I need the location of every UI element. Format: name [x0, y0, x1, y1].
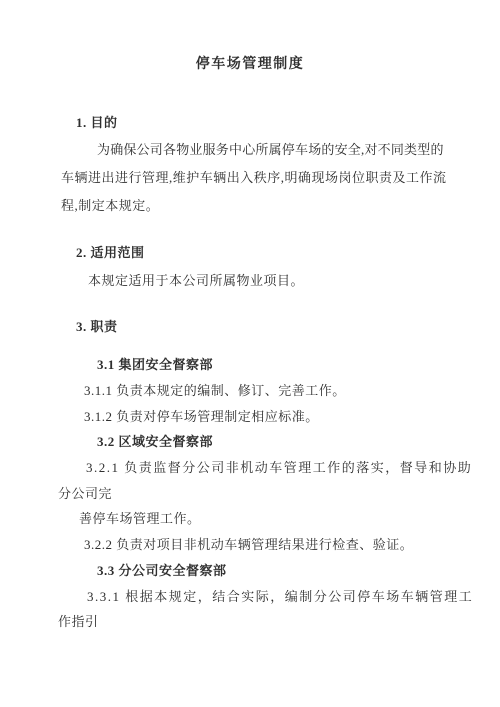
item-3-3-1-line: 3.3.1 根据本规定，结合实际，编制分公司停车场车辆管理工 — [87, 588, 473, 605]
item-3-2-1-line: 善停车场管理工作。 — [79, 510, 201, 527]
subsection-3-3-heading: 3.3 分公司安全督察部 — [97, 562, 227, 579]
document-title: 停车场管理制度 — [0, 56, 500, 73]
subsection-3-2-heading: 3.2 区域安全督察部 — [97, 433, 213, 450]
item-3-2-2: 3.2.2 负责对项目非机动车辆管理结果进行检查、验证。 — [84, 536, 413, 553]
item-3-1-2: 3.1.2 负责对停车场管理制定相应标准。 — [84, 408, 319, 425]
section-1-paragraph-line: 车辆进出进行管理,维护车辆出入秩序,明确现场岗位职责及工作流 — [61, 169, 447, 186]
item-3-1-1: 3.1.1 负责本规定的编制、修订、完善工作。 — [84, 382, 346, 399]
item-3-2-1-line: 分公司完 — [58, 485, 112, 502]
section-2-paragraph-line: 本规定适用于本公司所属物业项目。 — [88, 272, 304, 289]
item-3-3-1-line: 作指引 — [58, 613, 99, 630]
section-1-heading: 1. 目的 — [76, 114, 118, 131]
section-2-heading: 2. 适用范围 — [76, 244, 145, 261]
section-1-paragraph-line: 程,制定本规定。 — [61, 197, 159, 214]
subsection-3-1-heading: 3.1 集团安全督察部 — [97, 356, 213, 373]
item-3-2-1-line: 3.2.1 负责监督分公司非机动车管理工作的落实，督导和协助 — [86, 459, 472, 476]
section-3-heading: 3. 职责 — [76, 318, 118, 335]
document-page: 停车场管理制度 1. 目的 为确保公司各物业服务中心所属停车场的安全,对不同类型… — [0, 0, 500, 707]
section-1-paragraph-line: 为确保公司各物业服务中心所属停车场的安全,对不同类型的 — [97, 141, 444, 158]
